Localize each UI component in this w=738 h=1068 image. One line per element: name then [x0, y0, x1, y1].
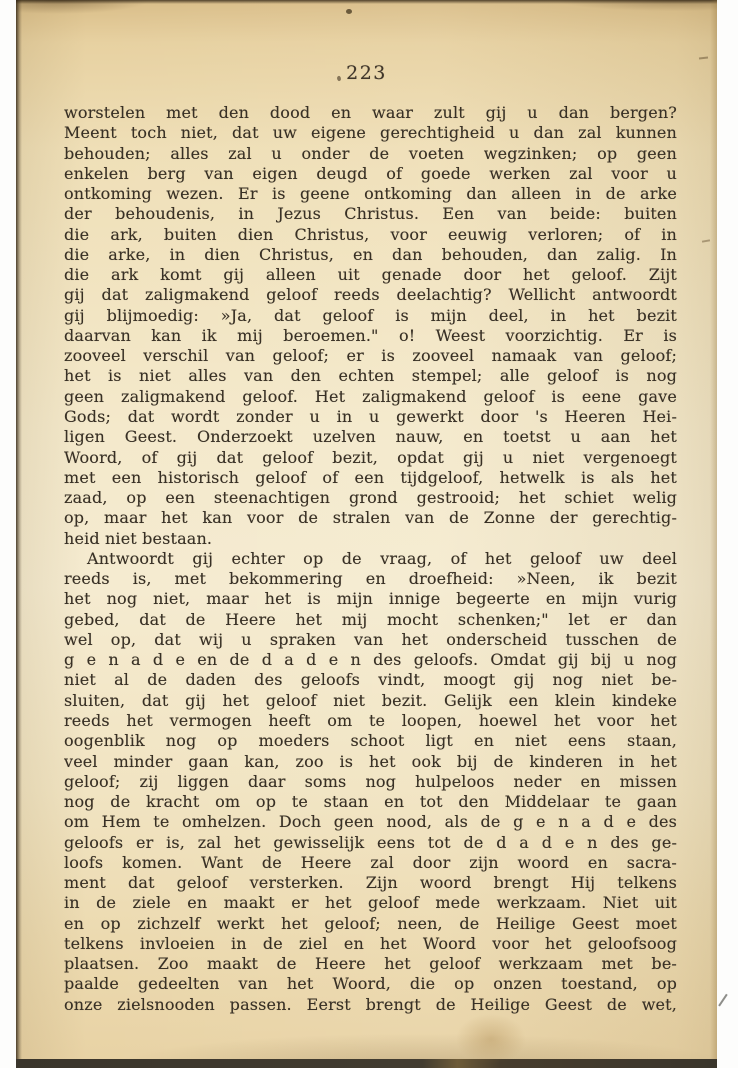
text-line: om Hem te omhelzen. Doch geen nood, als … — [64, 812, 677, 832]
text-line: het is niet alles van den echten stempel… — [64, 366, 677, 386]
text-line: die arke, in dien Christus, en dan behou… — [64, 245, 677, 265]
text-line: Woord, of gij dat geloof bezit, opdat gi… — [64, 448, 677, 468]
text-line: reeds is, met bekommering en droefheid: … — [64, 569, 677, 589]
text-line: die ark, buiten dien Christus, voor eeuw… — [64, 225, 677, 245]
text-line: zaad, op een steenachtigen grond gestroo… — [64, 488, 677, 508]
text-line: ontkoming wezen. Er is geene ontkoming d… — [64, 184, 677, 204]
page-right-edge — [710, 0, 717, 1068]
text-line: Gods; dat wordt zonder u in u gewerkt do… — [64, 407, 677, 427]
text-line: nog de kracht om op te staan en tot den … — [64, 792, 677, 812]
text-line: veel minder gaan kan, zoo is het ook bij… — [64, 752, 677, 772]
text-line: reeds het vermogen heeft om te loopen, h… — [64, 711, 677, 731]
scan-speck — [699, 57, 708, 60]
text-line: geen zaligmakend geloof. Het zaligmakend… — [64, 387, 677, 407]
scan-speck — [702, 239, 710, 242]
page-number: 223 — [16, 62, 717, 84]
text-line: zooveel verschil van geloof; er is zoove… — [64, 346, 677, 366]
text-line: en op zichzelf werkt het geloof; neen, d… — [64, 914, 677, 934]
text-line: der behoudenis, in Jezus Christus. Een v… — [64, 204, 677, 224]
text-line: oogenblik nog op moeders schoot ligt en … — [64, 731, 677, 751]
scan-speck — [346, 9, 352, 14]
text-line: het nog niet, maar het is mijn innige be… — [64, 589, 677, 609]
scan-margin-mark — [718, 994, 727, 1006]
text-line: geloofs er is, zal het gewisselijk eens … — [64, 833, 677, 853]
text-line: paalde gedeelten van het Woord, die op o… — [64, 974, 677, 994]
text-line: geloof; zij liggen daar soms nog hulpelo… — [64, 772, 677, 792]
text-line: met een historisch geloof of een tijdgel… — [64, 468, 677, 488]
page-top-edge — [16, 0, 717, 4]
page-bottom-edge — [16, 1059, 717, 1068]
text-line: wel op, dat wij u spraken van het onders… — [64, 630, 677, 650]
text-line: op, maar het kan voor de stralen van de … — [64, 508, 677, 528]
text-line: niet al de daden des geloofs vindt, moog… — [64, 670, 677, 690]
text-line: gebed, dat de Heere het mij mocht schenk… — [64, 610, 677, 630]
text-line: onze zielsnooden passen. Eerst brengt de… — [64, 995, 677, 1015]
text-line: Antwoordt gij echter op de vraag, of het… — [64, 549, 677, 569]
text-line: behouden; alles zal u onder de voeten we… — [64, 144, 677, 164]
paragraph: Antwoordt gij echter op de vraag, of het… — [64, 549, 677, 1015]
text-line: daarvan kan ik mij beroemen." o! Weest v… — [64, 326, 677, 346]
page-left-edge — [16, 0, 22, 1068]
text-line: gij blijmoedig: »Ja, dat geloof is mijn … — [64, 306, 677, 326]
scanned-book-page: 223 worstelen met den dood en waar zult … — [16, 0, 717, 1068]
text-line: die ark komt gij alleen uit genade door … — [64, 265, 677, 285]
text-line: plaatsen. Zoo maakt de Heere het geloof … — [64, 954, 677, 974]
text-line: gij dat zaligmakend geloof reeds deelach… — [64, 285, 677, 305]
text-line: ment dat geloof versterken. Zijn woord b… — [64, 873, 677, 893]
text-line: worstelen met den dood en waar zult gij … — [64, 103, 677, 123]
scan-stain — [456, 1014, 526, 1064]
text-line: heid niet bestaan. — [64, 529, 677, 549]
paragraph: worstelen met den dood en waar zult gij … — [64, 103, 677, 549]
text-line: telkens invloeien in de ziel en het Woor… — [64, 934, 677, 954]
body-text: worstelen met den dood en waar zult gij … — [64, 103, 677, 1015]
text-line: loofs komen. Want de Heere zal door zijn… — [64, 853, 677, 873]
text-line: ligen Geest. Onderzoekt uzelven nauw, en… — [64, 427, 677, 447]
text-line: Meent toch niet, dat uw eigene gerechtig… — [64, 123, 677, 143]
text-line: g e n a d e en de d a d e n des geloofs.… — [64, 650, 677, 670]
text-line: in de ziele en maakt er het geloof mede … — [64, 893, 677, 913]
text-line: enkelen berg van eigen deugd of goede we… — [64, 164, 677, 184]
text-line: sluiten, dat gij het geloof niet bezit. … — [64, 691, 677, 711]
